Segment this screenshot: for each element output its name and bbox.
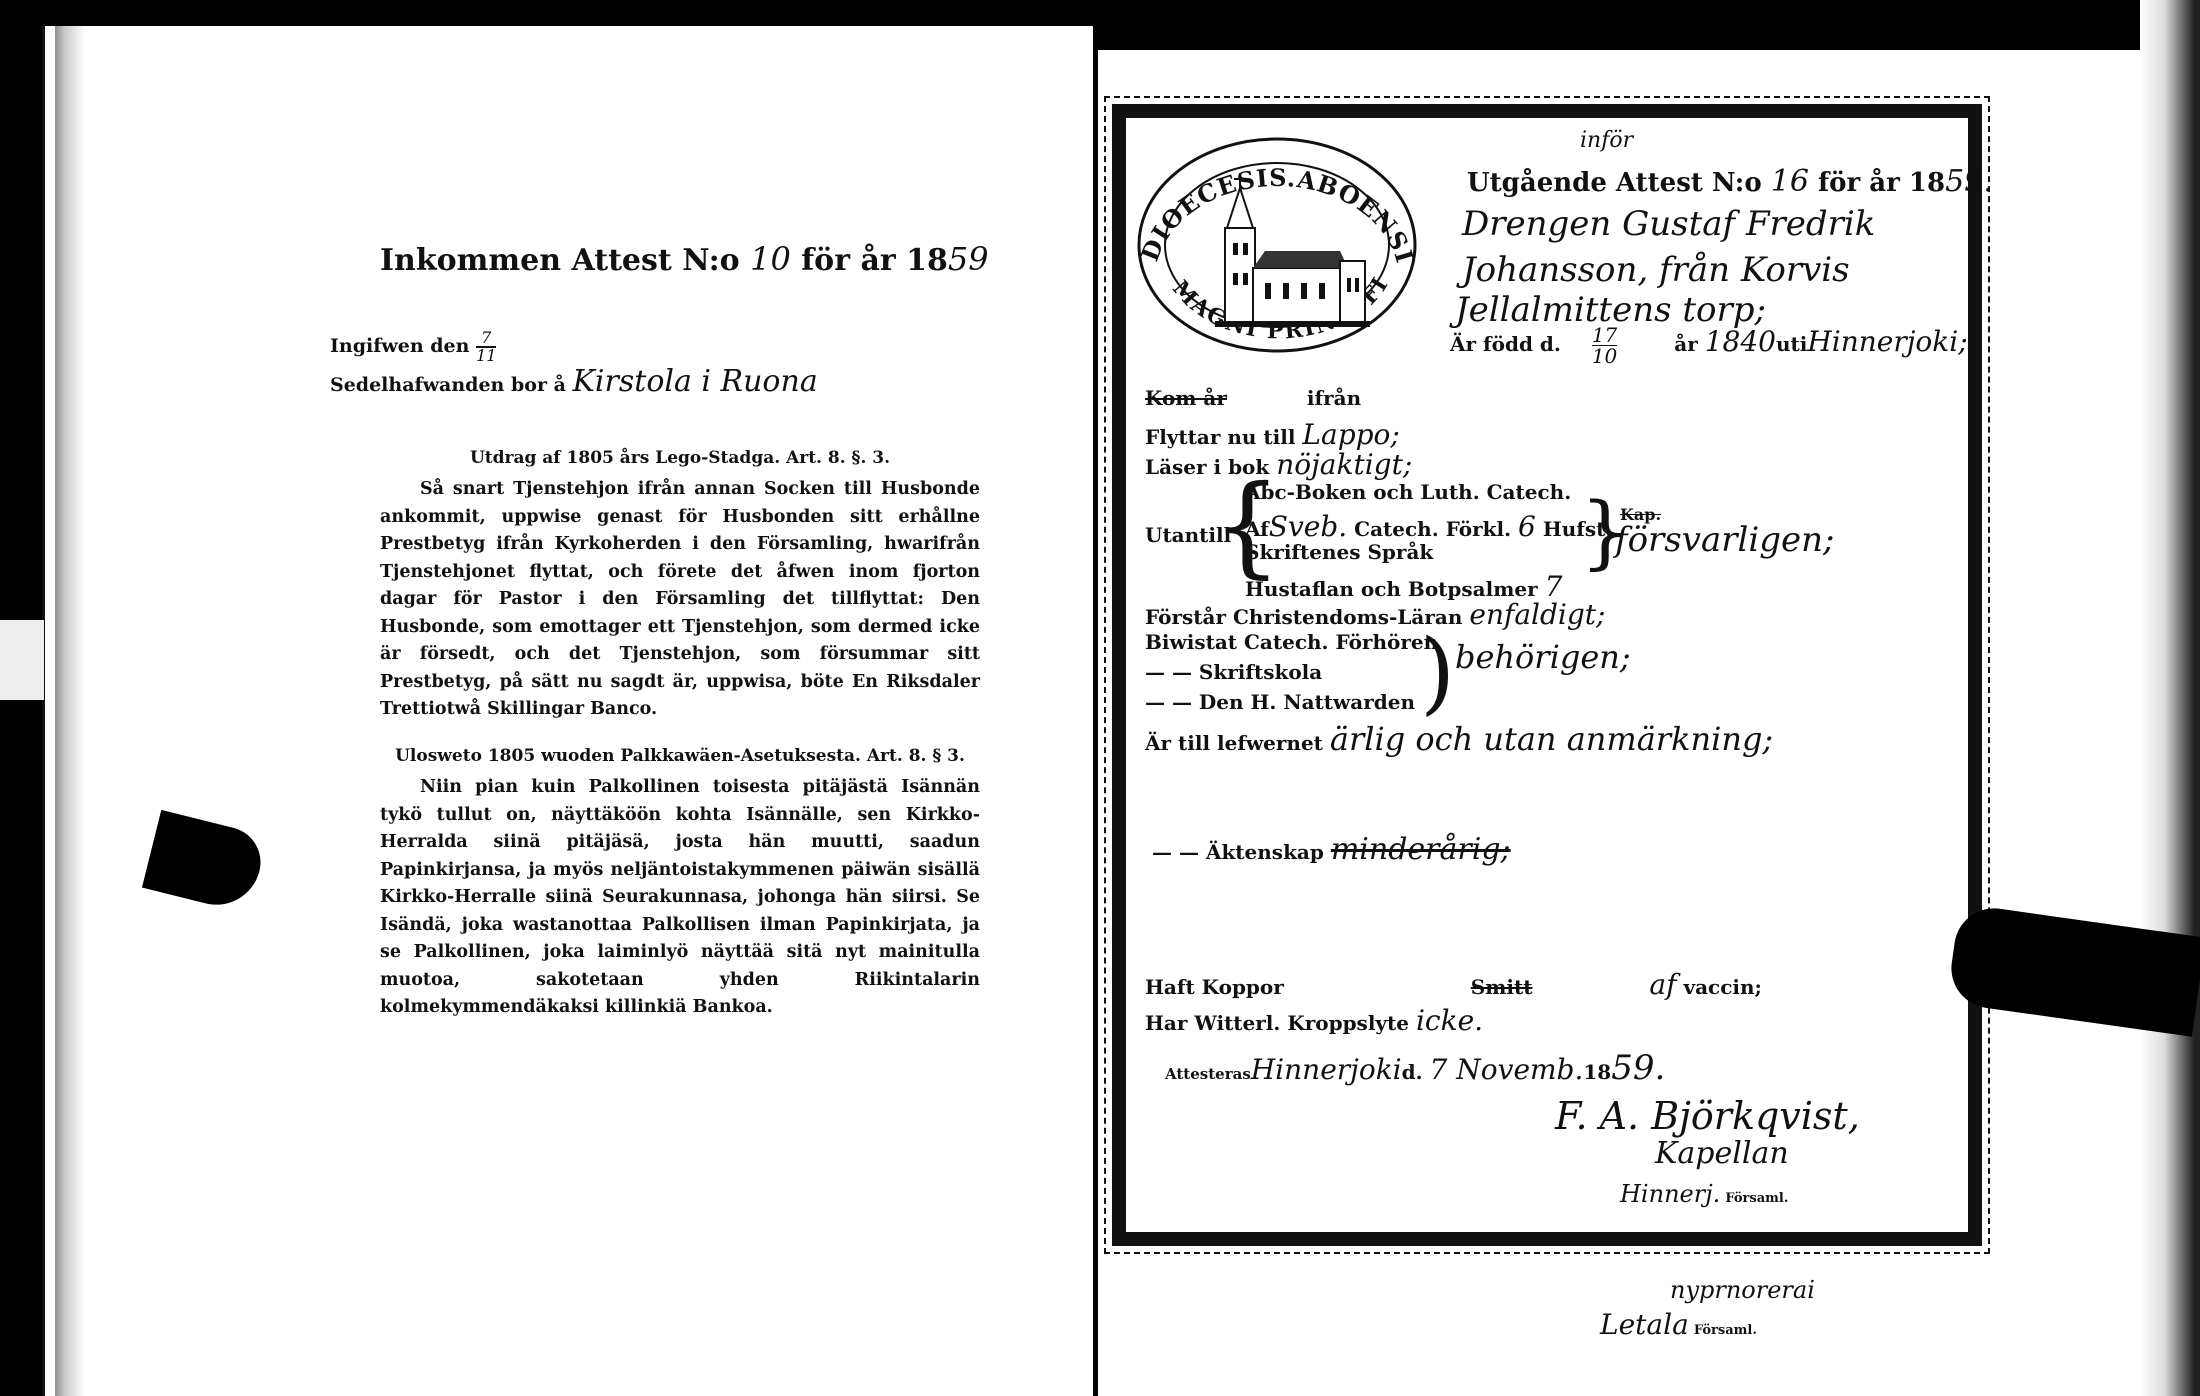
sedelhafwanden-value: Kirstola i Ruona: [573, 364, 818, 399]
page-edge-right: [2140, 0, 2200, 1396]
born-year-label: år: [1674, 332, 1698, 356]
footer-parish: Letala: [1600, 1308, 1689, 1341]
birth-date: 17 10: [1592, 325, 1617, 366]
swedish-law-extract: Utdrag af 1805 års Lego-Stadga. Art. 8. …: [380, 448, 980, 724]
marriage-label: — — Äktenskap: [1152, 840, 1324, 864]
moving-to-value: Lappo;: [1302, 418, 1399, 451]
signature-parish: Hinnerj.: [1620, 1180, 1720, 1208]
finnish-extract-heading: Ulosweto 1805 wuoden Palkkawäen-Asetukse…: [380, 746, 980, 766]
attestation-place: Hinnerjoki: [1251, 1053, 1402, 1086]
moving-to-line: Flyttar nu till Lappo;: [1145, 418, 1400, 451]
conduct-value: ärlig och utan anmärkning;: [1330, 720, 1773, 758]
title-printed-text: Utgående Attest N:o: [1467, 168, 1762, 198]
birth-place: Hinnerjoki;: [1807, 325, 1967, 358]
person-line-1: Drengen Gustaf Fredrik: [1462, 204, 1875, 244]
birth-line: Är född d. 17 10 år 1840utiHinnerjoki;: [1450, 325, 1968, 366]
title-year-label: för år 18: [1818, 168, 1945, 198]
page-edge: [0, 620, 44, 700]
finnish-law-extract: Ulosweto 1805 wuoden Palkkawäen-Asetukse…: [380, 746, 980, 1022]
incoming-certificate-title: Inkommen Attest N:o 10 för år 1859: [380, 240, 989, 278]
understanding-value: enfaldigt;: [1469, 598, 1605, 631]
certificate-year: 59.: [1945, 164, 1993, 199]
footer-parish-line: Letala Församl.: [1600, 1308, 1757, 1341]
ingifwen-line: Ingifwen den 7 11: [330, 330, 496, 364]
footer-note: nyprnorerai: [1670, 1276, 1815, 1304]
certificate-number: 16: [1771, 164, 1809, 199]
smallpox-label: Haft Koppor: [1145, 975, 1284, 999]
ingifwen-month: 11: [476, 348, 496, 364]
kom-ar-from-label: ifrån: [1307, 386, 1361, 410]
bodily-defect-value: icke.: [1416, 1004, 1483, 1037]
ingifwen-label: Ingifwen den: [330, 335, 469, 357]
signature-title: Kapellan: [1655, 1136, 1789, 1171]
born-place-label: uti: [1776, 332, 1807, 356]
utantill-item-3: Skriftenes Språk: [1245, 540, 1433, 564]
attestation-year: 59.: [1611, 1048, 1665, 1088]
person-line-2: Johansson, från Korvis: [1462, 250, 1850, 290]
swedish-extract-body: Så snart Tjenstehjon ifrån annan Socken …: [380, 476, 980, 724]
smallpox-af: af: [1649, 968, 1676, 1001]
certificate-year: 59: [948, 240, 989, 278]
ingifwen-date: 7 11: [476, 330, 496, 364]
conduct-line: Är till lefwernet ärlig och utan anmärkn…: [1145, 720, 1773, 758]
bodily-defect-line: Har Witterl. Kroppslyte icke.: [1145, 1004, 1483, 1037]
biwistat-item-2: — — Skriftskola: [1145, 660, 1322, 684]
outgoing-certificate-title: Utgående Attest N:o 16 för år 1859.: [1467, 164, 1993, 199]
diocese-seal: DIOECESIS.ABOENSIS. MAGNI PRINC. FINL.: [1135, 133, 1420, 358]
smallpox-line: Haft Koppor Smitt af vaccin;: [1145, 968, 1762, 1001]
sedelhafwanden-label: Sedelhafwanden bor å: [330, 374, 566, 396]
birth-day: 17: [1592, 325, 1617, 346]
svg-text:DIOECESIS.ABOENSIS.: DIOECESIS.ABOENSIS.: [1135, 133, 1420, 267]
marriage-value: minderårig;: [1331, 832, 1511, 867]
attestation-date: 7 Novemb.: [1430, 1053, 1584, 1086]
utantill-item-1: Abc-Boken och Luth. Catech.: [1245, 480, 1571, 504]
birth-month: 10: [1592, 346, 1617, 366]
biwistat-item-3: — — Den H. Nattwarden: [1145, 690, 1415, 714]
moving-to-label: Flyttar nu till: [1145, 425, 1295, 449]
attestation-line: AttesterasHinnerjokid. 7 Novemb.1859.: [1165, 1048, 1665, 1088]
biwistat-item-1: Biwistat Catech. Förhören: [1145, 630, 1438, 654]
title-year-label: för år 18: [801, 243, 948, 278]
signature-parish-line: Hinnerj. Församl.: [1620, 1180, 1788, 1208]
signature-name: F. A. Björkqvist,: [1555, 1094, 1860, 1138]
swedish-extract-heading: Utdrag af 1805 års Lego-Stadga. Art. 8. …: [380, 448, 980, 468]
biwistat-value: behörigen;: [1455, 638, 1631, 676]
sedelhafwanden-line: Sedelhafwanden bor å Kirstola i Ruona: [330, 364, 818, 399]
utantill-value: försvarligen;: [1615, 520, 1834, 560]
attestation-label: Attesteras: [1165, 1065, 1251, 1083]
top-annotation: inför: [1580, 128, 1633, 153]
birth-year: 1840: [1705, 325, 1776, 358]
kom-ar-label: Kom år: [1145, 386, 1227, 410]
finnish-extract-body: Niin pian kuin Palkollinen toisesta pitä…: [380, 774, 980, 1022]
cathedral-seal-icon: DIOECESIS.ABOENSIS. MAGNI PRINC. FINL.: [1135, 133, 1420, 358]
born-label: Är född d.: [1450, 332, 1561, 356]
bodily-defect-label: Har Witterl. Kroppslyte: [1145, 1011, 1409, 1035]
reading-value: nöjaktigt;: [1276, 448, 1412, 481]
understanding-label: Förstår Christendoms-Läran: [1145, 605, 1462, 629]
marriage-line: — — Äktenskap minderårig;: [1152, 832, 1511, 867]
title-printed-text: Inkommen Attest N:o: [380, 243, 740, 278]
smallpox-struck: Smitt: [1471, 975, 1533, 999]
kom-ar-line: Kom år ifrån: [1145, 386, 1361, 410]
certificate-number: 10: [750, 240, 791, 278]
page-shadow: [55, 26, 85, 1396]
conduct-label: Är till lefwernet: [1145, 731, 1323, 755]
understanding-line: Förstår Christendoms-Läran enfaldigt;: [1145, 598, 1605, 631]
biwistat-brace: ): [1420, 628, 1455, 718]
smallpox-vaccin: vaccin;: [1683, 975, 1761, 999]
utantill-item-2: AfSveb. Catech. Förkl. 6 Hufst.: [1245, 510, 1612, 543]
